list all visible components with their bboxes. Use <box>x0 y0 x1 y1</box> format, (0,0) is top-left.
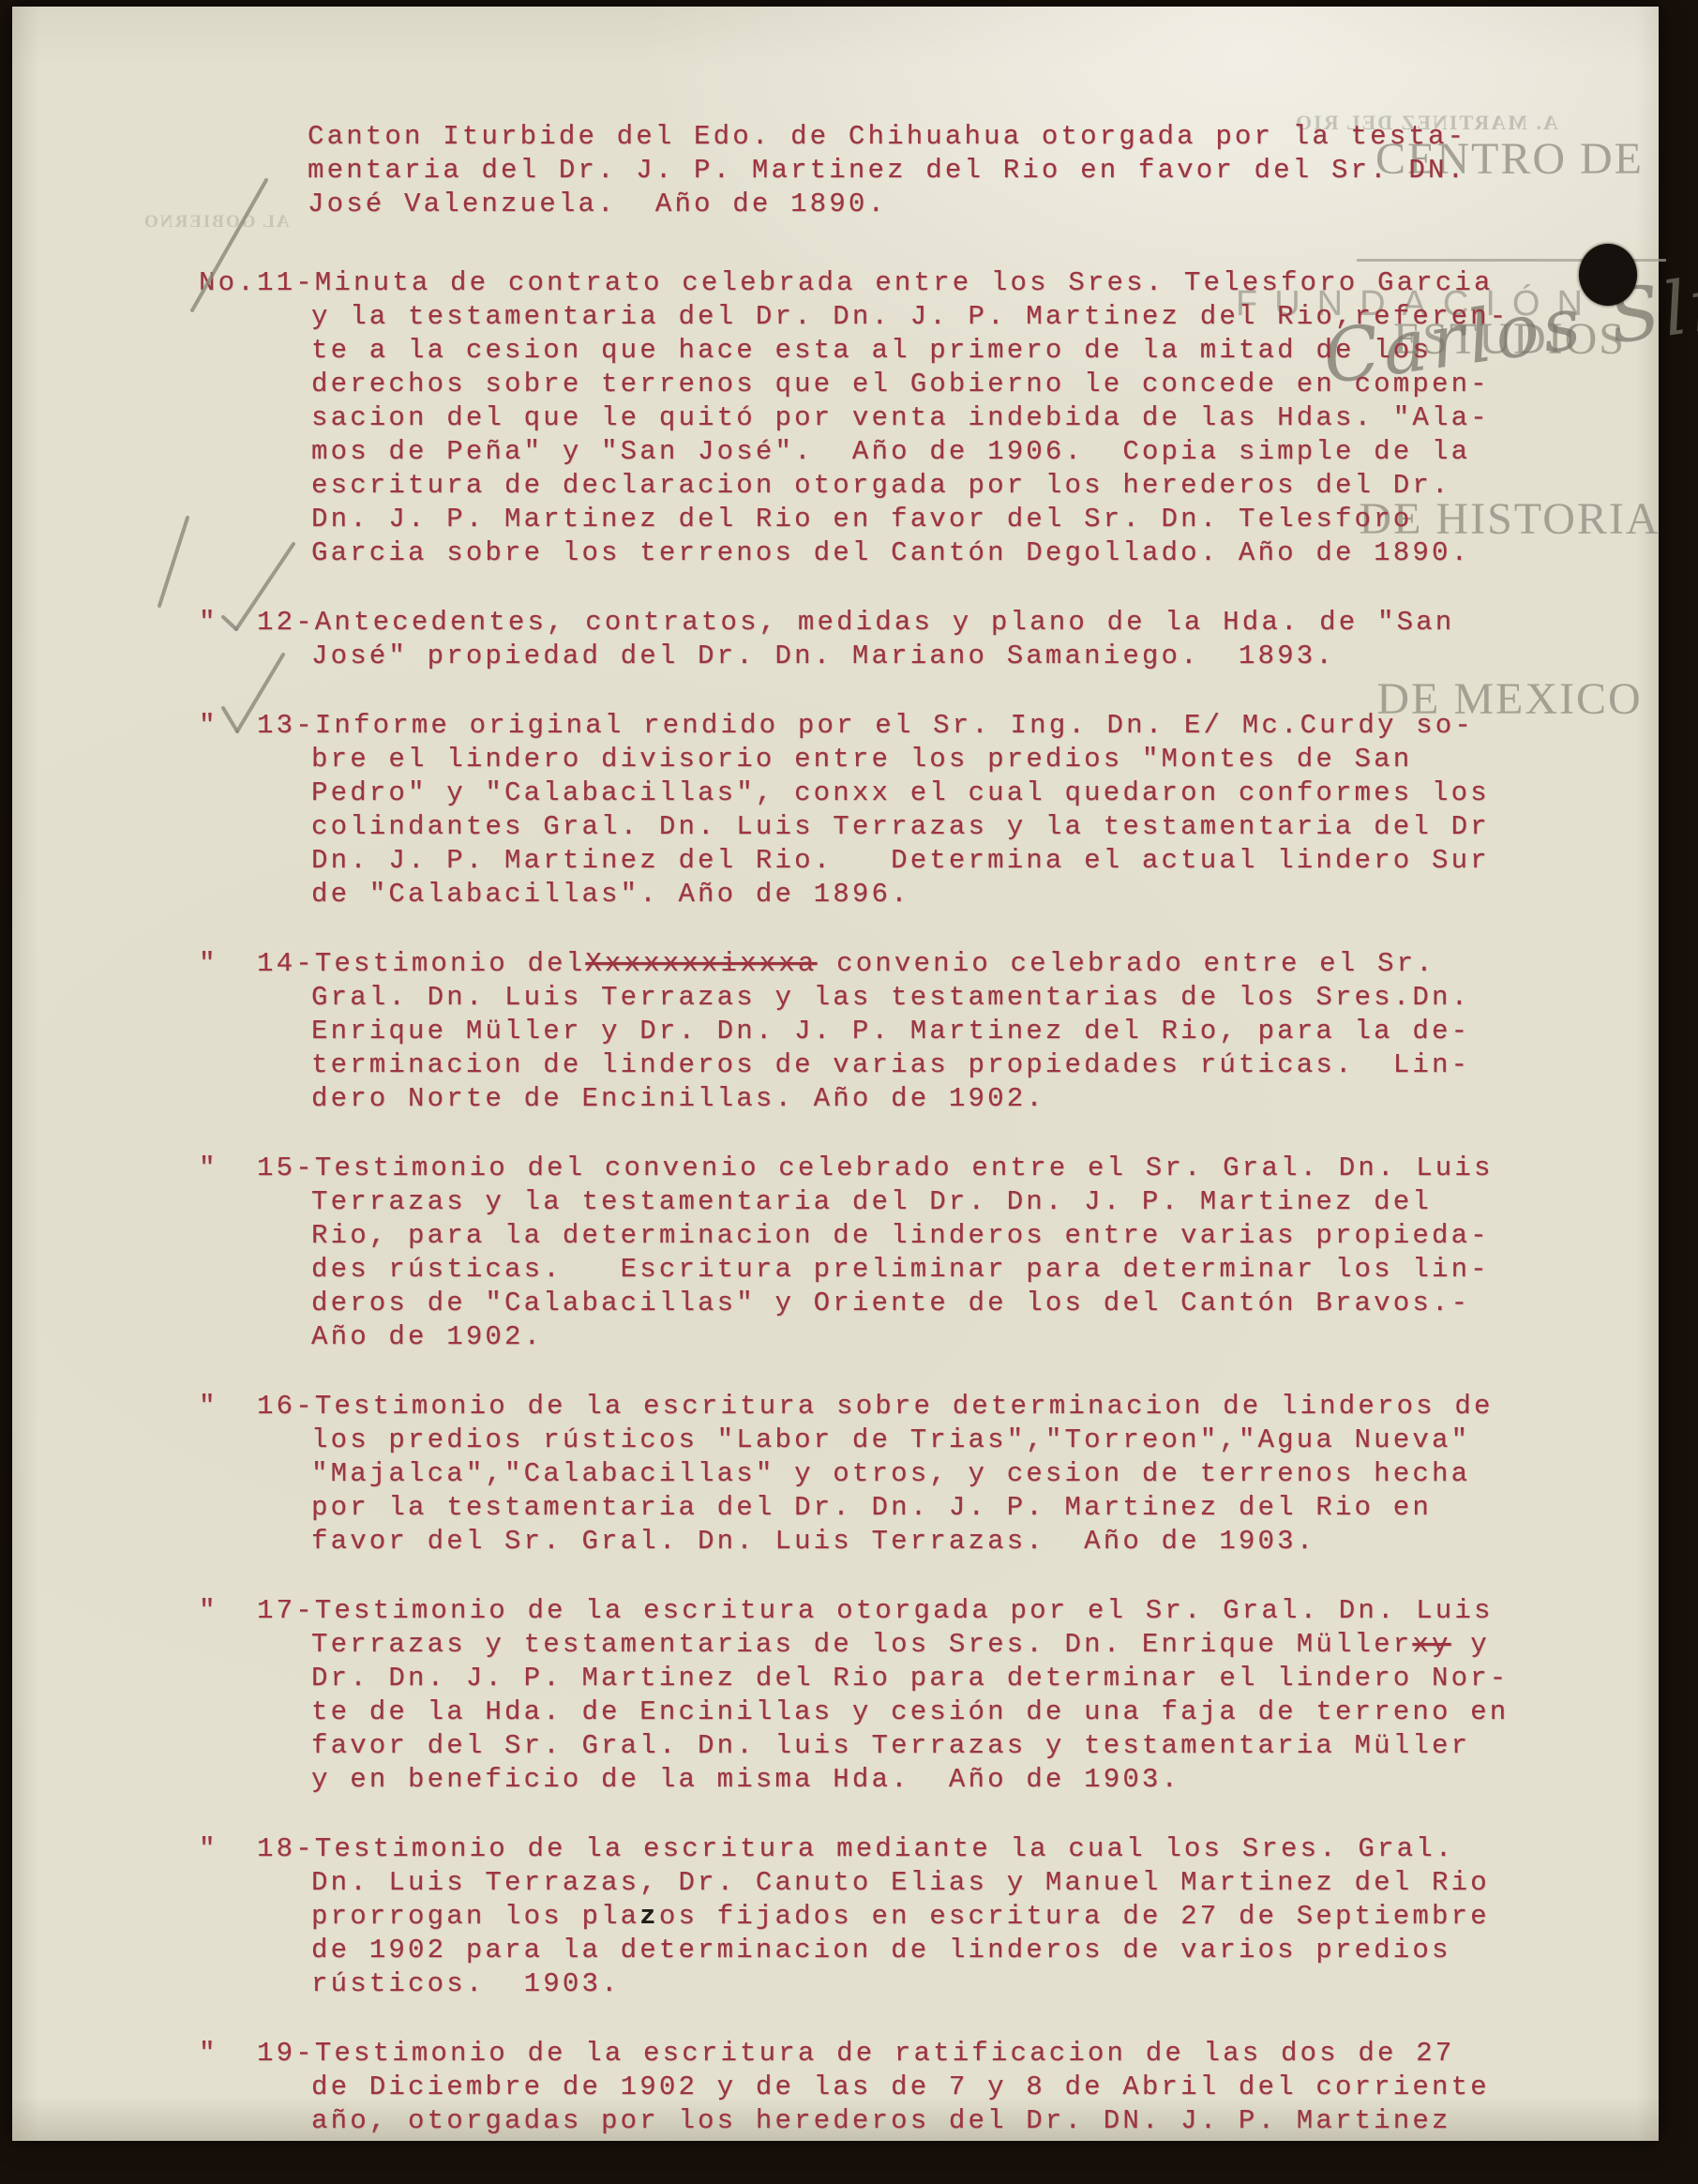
catalog-entry: "14-Testimonio delXxxxxxxixxxa convenio … <box>0 947 1659 1116</box>
typed-line: Garcia sobre los terrenos del Cantón Deg… <box>0 536 1659 570</box>
typed-line: prorrogan los plazos fijados en escritur… <box>0 1900 1659 1934</box>
hole-punch <box>1579 244 1637 306</box>
entry-prefix: " <box>199 1390 218 1423</box>
entry-prefix: " <box>199 606 218 640</box>
typed-line: 18-Testimonio de la escritura mediante l… <box>0 1832 1659 1866</box>
typed-line: deros de "Calabacillas" y Oriente de los… <box>0 1287 1659 1320</box>
entry-prefix: No. <box>199 266 257 300</box>
typed-line: 16-Testimonio de la escritura sobre dete… <box>0 1390 1659 1423</box>
typed-line: rústicos. 1903. <box>0 1967 1659 2001</box>
typed-line: des rústicas. Escritura preliminar para … <box>0 1253 1659 1287</box>
typed-line: por la testamentaria del Dr. Dn. J. P. M… <box>0 1491 1659 1525</box>
catalog-entry: "13-Informe original rendido por el Sr. … <box>0 709 1659 911</box>
black-ink-correction: z <box>639 1901 659 1932</box>
typed-line: Dn. J. P. Martinez del Rio. Determina el… <box>0 844 1659 878</box>
typed-line: derechos sobre terrenos que el Gobierno … <box>0 368 1659 401</box>
typed-line: y la testamentaria del Dr. Dn. J. P. Mar… <box>0 300 1659 334</box>
typed-line: bre el lindero divisorio entre los predi… <box>0 743 1659 776</box>
typed-line: 15-Testimonio del convenio celebrado ent… <box>0 1152 1659 1185</box>
typed-line: mentaria del Dr. J. P. Martinez del Rio … <box>0 154 1659 188</box>
typed-line: y en beneficio de la misma Hda. Año de 1… <box>0 1763 1659 1797</box>
document-scan: CENTRO DE ESTUDIOS DE HISTORIA DE MEXICO… <box>0 0 1698 2184</box>
entry-prefix: " <box>199 1832 218 1866</box>
typed-line: favor del Sr. Gral. Dn. Luis Terrazas. A… <box>0 1525 1659 1559</box>
catalog-entry: "12-Antecedentes, contratos, medidas y p… <box>0 606 1659 673</box>
catalog-entry: "18-Testimonio de la escritura mediante … <box>0 1832 1659 2001</box>
typed-line: Terrazas y la testamentaria del Dr. Dn. … <box>0 1185 1659 1219</box>
typed-line: de "Calabacillas". Año de 1896. <box>0 878 1659 911</box>
catalog-entry: "17-Testimonio de la escritura otorgada … <box>0 1594 1659 1797</box>
typed-line: Canton Iturbide del Edo. de Chihuahua ot… <box>0 120 1659 154</box>
typed-line: Dn. Luis Terrazas, Dr. Canuto Elias y Ma… <box>0 1866 1659 1900</box>
typed-line: 19-Testimonio de la escritura de ratific… <box>0 2037 1659 2071</box>
entry-prefix: " <box>199 709 218 743</box>
catalog-entry: "16-Testimonio de la escritura sobre det… <box>0 1390 1659 1559</box>
typed-line: Gral. Dn. Luis Terrazas y las testamenta… <box>0 981 1659 1015</box>
typed-line: Enrique Müller y Dr. Dn. J. P. Martinez … <box>0 1015 1659 1048</box>
entry-prefix: " <box>199 947 218 981</box>
intro-paragraph: Canton Iturbide del Edo. de Chihuahua ot… <box>0 120 1659 221</box>
typed-line: te a la cesion que hace esta al primero … <box>0 334 1659 368</box>
typed-line: escritura de declaracion otorgada por lo… <box>0 469 1659 503</box>
typed-line: Terrazas y testamentarias de los Sres. D… <box>0 1628 1659 1662</box>
strikethrough-correction: xy <box>1412 1629 1450 1660</box>
entry-prefix: " <box>199 1152 218 1185</box>
catalog-entry: "19-Testimonio de la escritura de ratifi… <box>0 2037 1659 2138</box>
typed-line: favor del Sr. Gral. Dn. luis Terrazas y … <box>0 1729 1659 1763</box>
typed-line: 17-Testimonio de la escritura otorgada p… <box>0 1594 1659 1628</box>
typed-line: colindantes Gral. Dn. Luis Terrazas y la… <box>0 810 1659 844</box>
typed-line: José Valenzuela. Año de 1890. <box>0 188 1659 221</box>
catalog-entry: No.11-Minuta de contrato celebrada entre… <box>0 266 1659 570</box>
typed-line: los predios rústicos "Labor de Trias","T… <box>0 1423 1659 1457</box>
typed-line: Dr. Dn. J. P. Martinez del Rio para dete… <box>0 1662 1659 1695</box>
typed-line: 13-Informe original rendido por el Sr. I… <box>0 709 1659 743</box>
typed-line: de Diciembre de 1902 y de las de 7 y 8 d… <box>0 2071 1659 2104</box>
typed-line: te de la Hda. de Encinillas y cesión de … <box>0 1695 1659 1729</box>
typed-line: mos de Peña" y "San José". Año de 1906. … <box>0 435 1659 469</box>
typed-line: 12-Antecedentes, contratos, medidas y pl… <box>0 606 1659 640</box>
typed-line: Año de 1902. <box>0 1320 1659 1354</box>
catalog-entry: "15-Testimonio del convenio celebrado en… <box>0 1152 1659 1354</box>
typed-line: año, otorgadas por los herederos del Dr.… <box>0 2104 1659 2138</box>
typed-line: "Majalca","Calabacillas" y otros, y cesi… <box>0 1457 1659 1491</box>
typed-line: sacion del que le quitó por venta indebi… <box>0 401 1659 435</box>
typed-line: de 1902 para la determinacion de lindero… <box>0 1934 1659 1967</box>
typed-line: Pedro" y "Calabacillas", conxx el cual q… <box>0 776 1659 810</box>
strikethrough-correction: Xxxxxxxixxxa <box>585 948 817 979</box>
entry-prefix: " <box>199 2037 218 2071</box>
typed-text: Canton Iturbide del Edo. de Chihuahua ot… <box>0 120 1659 2174</box>
typed-line: Rio, para la determinacion de linderos e… <box>0 1219 1659 1253</box>
typed-line: dero Norte de Encinillas. Año de 1902. <box>0 1082 1659 1116</box>
typed-line: Dn. J. P. Martinez del Rio en favor del … <box>0 503 1659 536</box>
entry-prefix: " <box>199 1594 218 1628</box>
typed-line: José" propiedad del Dr. Dn. Mariano Sama… <box>0 640 1659 673</box>
typed-line: terminacion de linderos de varias propie… <box>0 1048 1659 1082</box>
typed-line: 14-Testimonio delXxxxxxxixxxa convenio c… <box>0 947 1659 981</box>
